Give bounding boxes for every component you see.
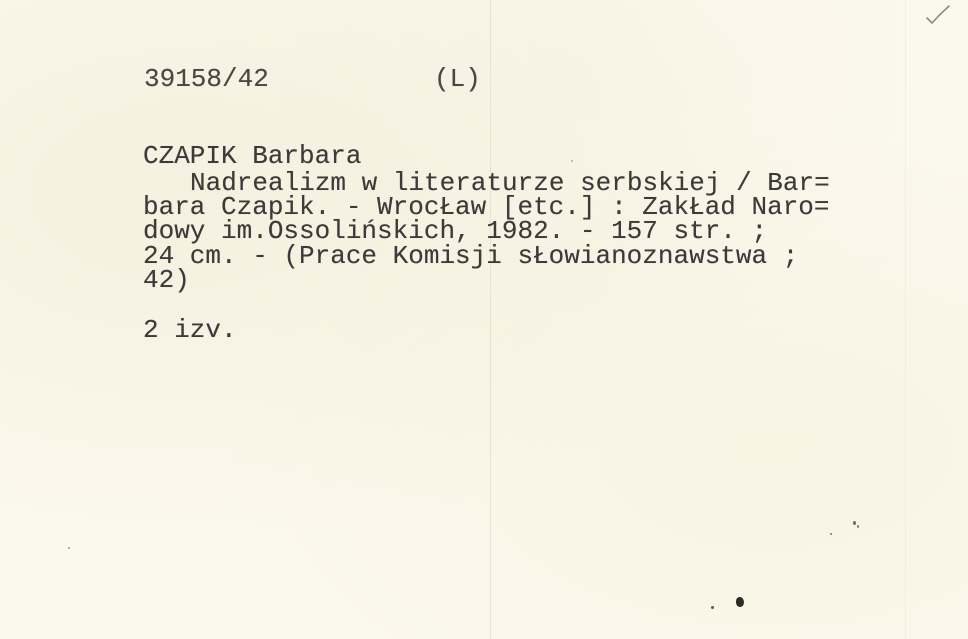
holdings-note: 2 izv.: [143, 317, 237, 343]
ink-speck: [830, 533, 832, 535]
call-number: 39158/42: [144, 66, 269, 92]
ink-speck: [571, 160, 573, 162]
author-heading: CZAPIK Barbara: [143, 143, 361, 169]
ink-spot: [736, 597, 744, 607]
catalog-card: 39158/42 (L) CZAPIK Barbara Nadrealizm w…: [0, 0, 968, 639]
ink-speck: [857, 525, 859, 528]
ink-speck: [711, 606, 714, 609]
ink-speck: [853, 521, 856, 525]
description-line-series: 24 cm. - (Prace Komisji sŁowianoznawstwa…: [143, 243, 798, 269]
location-code: (L): [434, 66, 481, 92]
card-fold-line: [490, 0, 491, 639]
description-line-series-number: 42): [143, 267, 190, 293]
ink-speck: [68, 547, 70, 549]
pencil-checkmark-icon: [924, 4, 952, 26]
card-crease: [905, 0, 906, 639]
